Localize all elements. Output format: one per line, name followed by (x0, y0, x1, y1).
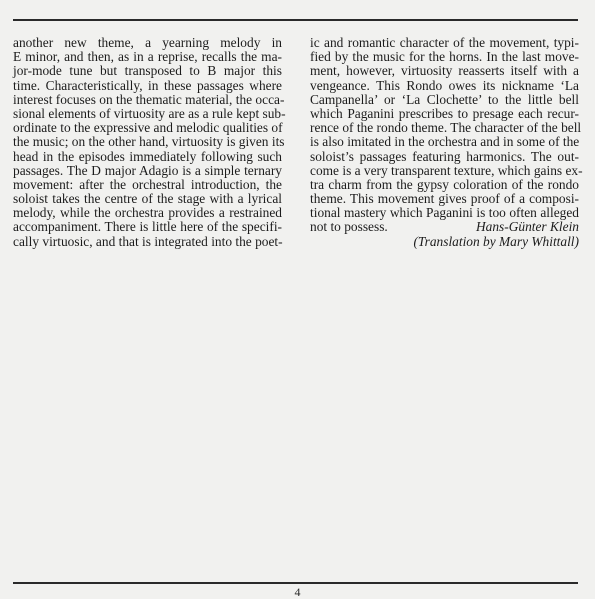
text-line: tra charm from the gypsy coloration of t… (310, 178, 579, 192)
text-line: fied by the music for the horns. In the … (310, 50, 579, 64)
text-line: cally virtuosic, and that is integrated … (13, 235, 282, 249)
text-line: interest focuses on the thematic materia… (13, 93, 282, 107)
translation-credit: (Translation by Mary Whittall) (310, 235, 579, 249)
text-line: accompaniment. There is little here of t… (13, 220, 282, 234)
text-line: time. Characteristically, in these passa… (13, 79, 282, 93)
text-line: theme. This movement gives proof of a co… (310, 192, 579, 206)
bottom-rule (13, 582, 578, 584)
text-line: another new theme, a yearning melody in (13, 36, 282, 50)
text-line: ment, however, virtuosity reasserts itse… (310, 64, 579, 78)
text-line: soloist’s passages featuring harmonics. … (310, 150, 579, 164)
text-line: tional mastery which Paganini is too oft… (310, 206, 579, 220)
page-number: 4 (0, 585, 595, 599)
text-line: E minor, and then, as in a reprise, reca… (13, 50, 282, 64)
closing-text: not to possess. (310, 220, 388, 234)
text-line: ordinate to the expressive and melodic q… (13, 121, 282, 135)
text-line: movement: after the orchestral introduct… (13, 178, 282, 192)
author-name: Hans-Günter Klein (476, 220, 579, 234)
text-line: which Paganini prescribes to presage eac… (310, 107, 579, 121)
text-line: vengeance. This Rondo owes its nickname … (310, 79, 579, 93)
text-line: rence of the rondo theme. The character … (310, 121, 579, 135)
text-line: Campanella’ or ‘La Clochette’ to the lit… (310, 93, 579, 107)
text-line: melody, while the orchestra provides a r… (13, 206, 282, 220)
signature-row: not to possess. Hans-Günter Klein (310, 220, 579, 234)
text-line: passages. The D major Adagio is a simple… (13, 164, 282, 178)
text-line: jor-mode tune but transposed to B major … (13, 64, 282, 78)
text-line: soloist takes the centre of the stage wi… (13, 192, 282, 206)
right-column: ic and romantic character of the movemen… (310, 36, 579, 249)
text-line: the music; on the other hand, virtuosity… (13, 135, 282, 149)
text-line: sional elements of virtuosity are as a r… (13, 107, 282, 121)
top-rule (13, 19, 578, 21)
text-line: head in the episodes immediately followi… (13, 150, 282, 164)
text-line: is also imitated in the orchestra and in… (310, 135, 579, 149)
text-line: ic and romantic character of the movemen… (310, 36, 579, 50)
text-line: come is a very transparent texture, whic… (310, 164, 579, 178)
left-column: another new theme, a yearning melody in … (13, 36, 282, 249)
